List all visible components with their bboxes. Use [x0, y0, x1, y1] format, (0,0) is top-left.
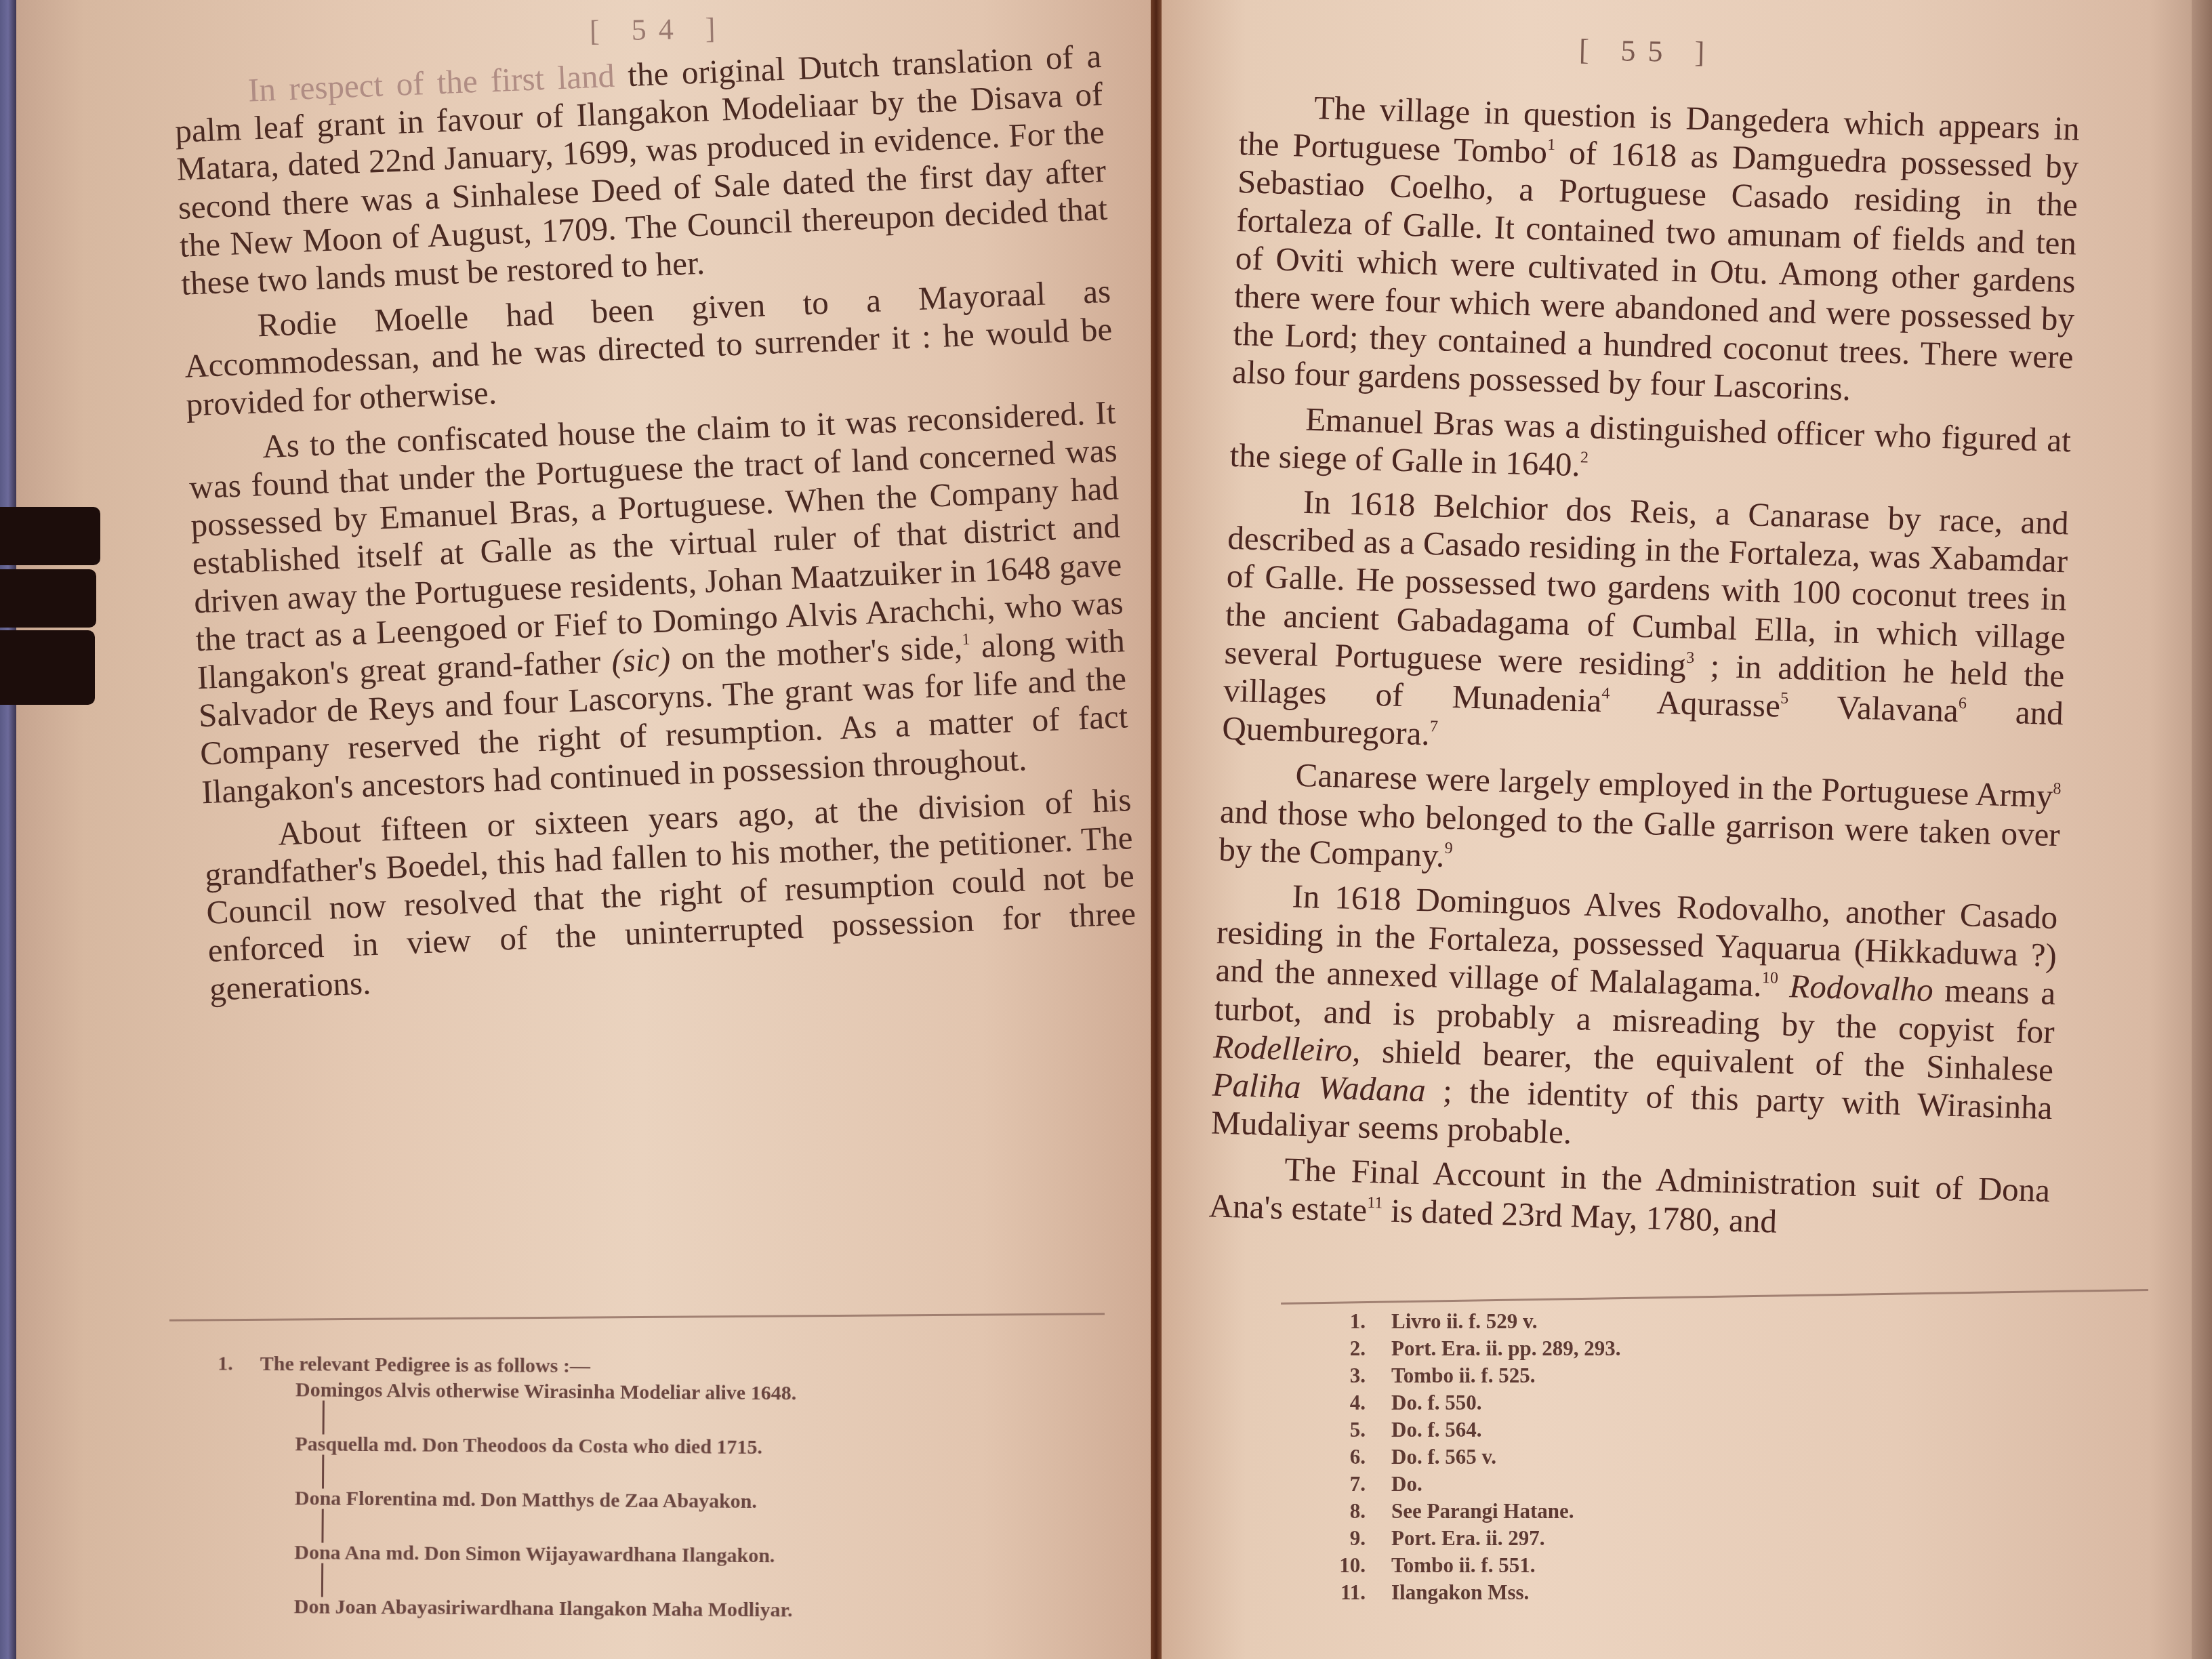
paragraph-text: About fifteen or sixteen years ago, at t…: [204, 781, 1136, 1008]
footnote-number: 10.: [1318, 1552, 1391, 1579]
open-book-spread: [ 54 ] In respect of the first land the …: [0, 0, 2212, 1659]
italic-text: Rodovalho: [1789, 968, 1934, 1009]
bookmark-tab[interactable]: [0, 507, 100, 565]
footnote-ref[interactable]: 4: [1601, 684, 1610, 702]
page-tabs: [0, 507, 102, 703]
footnote-number: 1.: [218, 1352, 233, 1375]
paragraph: In 1618 Belchior dos Reis, a Canarase by…: [1222, 481, 2070, 771]
paragraph: The Final Account in the Administration …: [1208, 1149, 2051, 1248]
footnote-text: Tombo ii. f. 525.: [1391, 1362, 1535, 1389]
paragraph: About fifteen or sixteen years ago, at t…: [203, 781, 1138, 1008]
right-footnotes: 1.Livro ii. f. 529 v. 2.Port. Era. ii. p…: [1318, 1308, 1793, 1606]
paragraph-text: Valavana: [1788, 687, 1959, 729]
footnote-item: 7.Do.: [1318, 1471, 1793, 1498]
footnote-text: Do. f. 565 v.: [1391, 1443, 1496, 1471]
footnote-number: 7.: [1318, 1471, 1391, 1498]
footnote-item: 2.Port. Era. ii. pp. 289, 293.: [1318, 1335, 1793, 1362]
pedigree-tree: Domingos Alvis otherwise Wirasinha Model…: [294, 1380, 1099, 1622]
footnote-number: 5.: [1318, 1416, 1391, 1443]
bookmark-tab[interactable]: [0, 569, 96, 628]
footnote-ref[interactable]: 1: [962, 631, 970, 649]
footnote-text: See Parangi Hatane.: [1391, 1498, 1574, 1525]
footnote-number: 11.: [1318, 1579, 1391, 1606]
footnote-ref[interactable]: 1: [1547, 136, 1556, 154]
book-gutter: [1151, 0, 1162, 1659]
left-page-body: In respect of the first land the origina…: [173, 37, 1139, 1015]
paragraph: Canarese were largely employed in the Po…: [1218, 754, 2062, 892]
left-page-number: [ 54 ]: [589, 11, 727, 48]
footnote-item: 6.Do. f. 565 v.: [1318, 1443, 1793, 1471]
pedigree-connector: [322, 1455, 324, 1489]
right-page-number: [ 55 ]: [1578, 33, 1717, 70]
paragraph-text: Aqurasse: [1609, 682, 1780, 724]
footnote-text: Ilangakon Mss.: [1391, 1579, 1529, 1606]
pedigree-entry: Domingos Alvis otherwise Wirasinha Model…: [295, 1380, 1099, 1406]
italic-text: Rodelleiro: [1213, 1027, 1353, 1069]
footnote-number: 8.: [1318, 1498, 1391, 1525]
pedigree-connector: [323, 1401, 325, 1435]
footnote-text: Port. Era. ii. 297.: [1391, 1525, 1544, 1552]
pedigree-entry: Dona Florentina md. Don Matthys de Zaa A…: [295, 1488, 1098, 1514]
footnote-text: Livro ii. f. 529 v.: [1391, 1308, 1538, 1335]
footnote-ref[interactable]: 7: [1430, 718, 1439, 735]
footnote-item: 1.Livro ii. f. 529 v.: [1318, 1308, 1793, 1335]
footnote-number: 2.: [1318, 1335, 1391, 1362]
paragraph: In respect of the first land the origina…: [173, 37, 1109, 303]
footnote-number: 4.: [1318, 1389, 1391, 1416]
footnote-ref[interactable]: 5: [1780, 690, 1789, 708]
paragraph: Emanuel Bras was a distinguished officer…: [1229, 398, 2072, 497]
pedigree-connector: [321, 1509, 323, 1543]
footnote-item: 5.Do. f. 564.: [1318, 1416, 1793, 1443]
footnote-number: 1.: [1318, 1308, 1391, 1335]
pedigree-connector: [321, 1563, 323, 1597]
footnote-ref[interactable]: 8: [2053, 780, 2062, 798]
footnote-text: Port. Era. ii. pp. 289, 293.: [1391, 1335, 1620, 1362]
footnote-ref[interactable]: 11: [1367, 1194, 1383, 1212]
paragraph: In 1618 Dominguos Alves Rodovalho, anoth…: [1211, 876, 2059, 1166]
footnote-number: 6.: [1318, 1443, 1391, 1471]
italic-text: (sic): [611, 640, 671, 679]
footnote-ref[interactable]: 2: [1580, 449, 1589, 466]
page-edge-shadow: [2192, 0, 2212, 1659]
paragraph-text: [1778, 967, 1790, 1004]
book-cover-binding: [0, 0, 16, 1659]
footnote-text: Do. f. 550.: [1391, 1389, 1481, 1416]
footnote-item: 9.Port. Era. ii. 297.: [1318, 1525, 1793, 1552]
footnote-number: 9.: [1318, 1525, 1391, 1552]
footnote-text: Do.: [1391, 1471, 1422, 1498]
right-page-body: The village in question is Dangedera whi…: [1208, 87, 2081, 1255]
footnote-text: Tombo ii. f. 551.: [1391, 1552, 1535, 1579]
footnote-text: Do. f. 564.: [1391, 1416, 1481, 1443]
bookmark-tab[interactable]: [0, 630, 95, 705]
footnote-ref[interactable]: 10: [1762, 969, 1779, 987]
footnote-item: 11.Ilangakon Mss.: [1318, 1579, 1793, 1606]
italic-text: Paliha Wadana: [1212, 1066, 1426, 1109]
pedigree-entry: Dona Ana md. Don Simon Wijayawardhana Il…: [294, 1542, 1097, 1568]
footnote-number: 3.: [1318, 1362, 1391, 1389]
footnote-text: The relevant Pedigree is as follows :—: [260, 1353, 590, 1378]
footnote-ref[interactable]: 6: [1959, 695, 1967, 712]
paragraph: As to the confiscated house the claim to…: [187, 393, 1130, 811]
footnote-item: 8.See Parangi Hatane.: [1318, 1498, 1793, 1525]
footnote-ref[interactable]: 9: [1444, 840, 1453, 857]
footnote-item: 10.Tombo ii. f. 551.: [1318, 1552, 1793, 1579]
paragraph: The village in question is Dangedera whi…: [1231, 87, 2080, 415]
pedigree-entry: Pasquella md. Don Theodoos da Costa who …: [295, 1434, 1098, 1460]
paragraph-text: of 1618 as Damguedra possessed by Sebast…: [1231, 134, 2078, 408]
left-footnotes: 1. The relevant Pedigree is as follows :…: [216, 1352, 1099, 1622]
footnote-item: 3.Tombo ii. f. 525.: [1318, 1362, 1793, 1389]
paragraph-text: Emanuel Bras was a distinguished officer…: [1229, 401, 2072, 484]
footnote-item: 4.Do. f. 550.: [1318, 1389, 1793, 1416]
